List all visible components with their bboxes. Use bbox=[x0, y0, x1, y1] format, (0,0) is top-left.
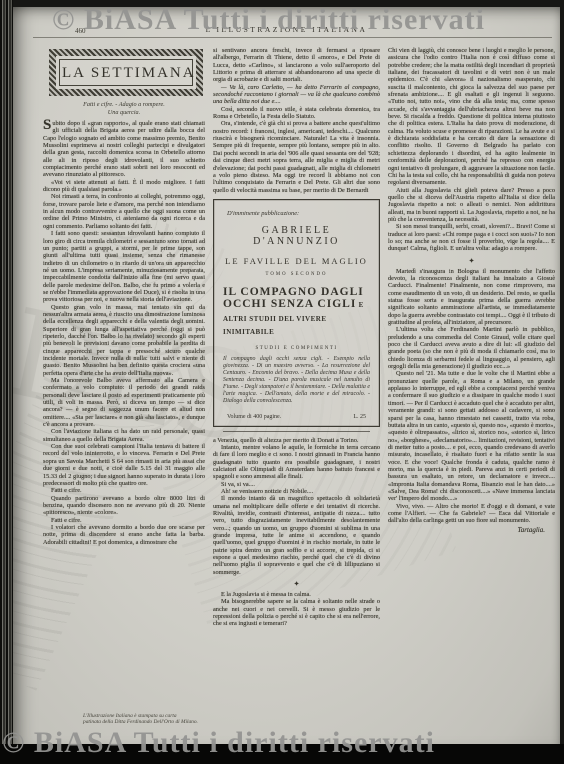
paragraph: Vivo, vivo. — Altro che morto! E d'oggi … bbox=[388, 503, 555, 525]
subtitle-line: Fatti e cifre. - Adagio a rompere. bbox=[43, 101, 205, 109]
watermark-top: © BiASA Tutti i diritti riservati bbox=[52, 3, 485, 37]
fleuron-icon: ✦ bbox=[213, 579, 380, 589]
paragraph: Quando partirono avevano a bordo oltre 8… bbox=[43, 495, 205, 517]
imprint-line: patinata della Ditta Ferdinando Dell'Ort… bbox=[83, 719, 198, 726]
paragraph: Noi rimasti a terra, in confronto ai col… bbox=[43, 193, 205, 230]
paragraph: Ora, s'intende, c'è già chi si prova a b… bbox=[213, 120, 380, 193]
paragraph: «Voi vi siete attenuti ai fatti. È il mo… bbox=[43, 179, 205, 194]
fleuron-icon: ✦ bbox=[388, 256, 555, 266]
paragraph: Con due suoi celebrati campioni l'Italia… bbox=[43, 443, 205, 487]
ad-volume-info: Volume di 400 pagine. bbox=[227, 414, 281, 420]
text-columns: LA SETTIMANA Fatti e cifre. - Adagio a r… bbox=[43, 47, 555, 723]
column-left: LA SETTIMANA Fatti e cifre. - Adagio a r… bbox=[43, 47, 205, 723]
paragraph: E la Jugoslavia si è messa in calma. bbox=[213, 591, 380, 598]
column-divider-rule bbox=[223, 431, 370, 432]
paragraph: Questo nel '21. Ma tutte e due le volte … bbox=[388, 370, 555, 502]
column-middle: si sentivano ancora freschi, invece di f… bbox=[213, 47, 380, 723]
ad-footer: Volume di 400 pagine. L. 25 bbox=[223, 414, 370, 420]
header-rule bbox=[33, 37, 552, 38]
paragraph: si sentivano ancora freschi, invece di f… bbox=[213, 47, 380, 84]
paragraph: Ma bisognerebbe sapere se la calma è sol… bbox=[213, 598, 380, 627]
ad-book-title-main: IL COMPAGNO DAGLI OCCHI SENZA CIGLI bbox=[223, 286, 364, 311]
paragraph: Fatti e cifre. bbox=[43, 517, 205, 524]
section-title-box: LA SETTIMANA bbox=[49, 49, 203, 96]
paragraph: I volatori che avevano dormito a bordo d… bbox=[43, 524, 205, 546]
middle-column-text-bottom: a Venezia, quello di altezza per merito … bbox=[213, 437, 380, 628]
paragraph: Con l'aviazione italiana ci ha dato un r… bbox=[43, 428, 205, 443]
paragraph: Subito dopo il «gran rapporto», al quale… bbox=[43, 120, 205, 179]
scanned-page-screen: DES 460 L'ILLUSTRAZIONE ITALIANA LA SETT… bbox=[0, 0, 564, 764]
section-subtitle: Fatti e cifre. - Adagio a rompere. Una q… bbox=[43, 101, 205, 116]
ad-tome: TOMO SECONDO bbox=[223, 272, 370, 277]
paragraph: Aiuti alla Jugoslavia chi glieli poteva … bbox=[388, 187, 555, 224]
section-title-frame: LA SETTIMANA bbox=[59, 59, 193, 86]
paragraph: Fatti e cifre. bbox=[43, 487, 205, 494]
paragraph: Così, secondo il nuovo stile, è stata ce… bbox=[213, 106, 380, 121]
paragraph: Il mondo intanto dà un magnifico spettac… bbox=[213, 495, 380, 576]
subtitle-line: Una quercia. bbox=[43, 109, 205, 117]
paragraph: Si va, si va.... bbox=[213, 481, 380, 488]
ad-contents-list: Il compagno dagli occhi senza cigli. - E… bbox=[223, 356, 370, 406]
middle-column-text-top: si sentivano ancora freschi, invece di f… bbox=[213, 47, 380, 194]
column-right: Chi vien di laggiù, chi conosce bene i l… bbox=[388, 47, 555, 723]
author-signature: Tartaglia. bbox=[388, 527, 555, 534]
section-title: LA SETTIMANA bbox=[62, 65, 196, 81]
imprint-line: L'Illustrazione Italiana è stampata su c… bbox=[83, 713, 198, 720]
magazine-page: DES 460 L'ILLUSTRAZIONE ITALIANA LA SETT… bbox=[13, 7, 560, 748]
printer-imprint: L'Illustrazione Italiana è stampata su c… bbox=[83, 713, 198, 726]
ad-author: GABRIELE D'ANNUNZIO bbox=[223, 225, 370, 247]
ad-announcement: D'imminente pubblicazione: bbox=[227, 210, 370, 217]
watermark-bottom: © BiASA Tutti i diritti riservati bbox=[2, 726, 435, 760]
paragraph: Ma l'onorevole Balbo aveva affermato all… bbox=[43, 377, 205, 428]
paragraph: Questo gran volo in massa, mai tentato s… bbox=[43, 304, 205, 377]
book-advertisement: D'imminente pubblicazione: GABRIELE D'AN… bbox=[213, 199, 380, 427]
right-column-text: Chi vien di laggiù, chi conosce bene i l… bbox=[388, 47, 555, 534]
left-column-text: Subito dopo il «gran rapporto», al quale… bbox=[43, 120, 205, 546]
paragraph: Si son messi tranquilli, serbi, croati, … bbox=[388, 223, 555, 252]
paragraph: Intanto, mentre volano le aquile, le for… bbox=[213, 444, 380, 481]
ad-price: L. 25 bbox=[353, 414, 366, 420]
ad-subheading: STUDII E COMPIMENTI bbox=[223, 346, 370, 351]
ad-series-title: LE FAVILLE DEL MAGLIO bbox=[223, 256, 370, 266]
paragraph: I fatti sono questi: sessantun idrovolan… bbox=[43, 230, 205, 303]
paragraph: Martedì s'inaugura in Bologna il monumen… bbox=[388, 268, 555, 327]
paragraph: a Venezia, quello di altezza per merito … bbox=[213, 437, 380, 444]
paragraph: — Va là, caro Carletto, — ha detto Ferra… bbox=[213, 84, 380, 106]
ad-book-title: IL COMPAGNO DAGLI OCCHI SENZA CIGLI E AL… bbox=[223, 286, 370, 339]
paragraph: L'ultima volta che Ferdinando Martini pa… bbox=[388, 326, 555, 370]
book-spine-edge bbox=[0, 0, 13, 764]
paragraph: Chi vien di laggiù, chi conosce bene i l… bbox=[388, 47, 555, 187]
